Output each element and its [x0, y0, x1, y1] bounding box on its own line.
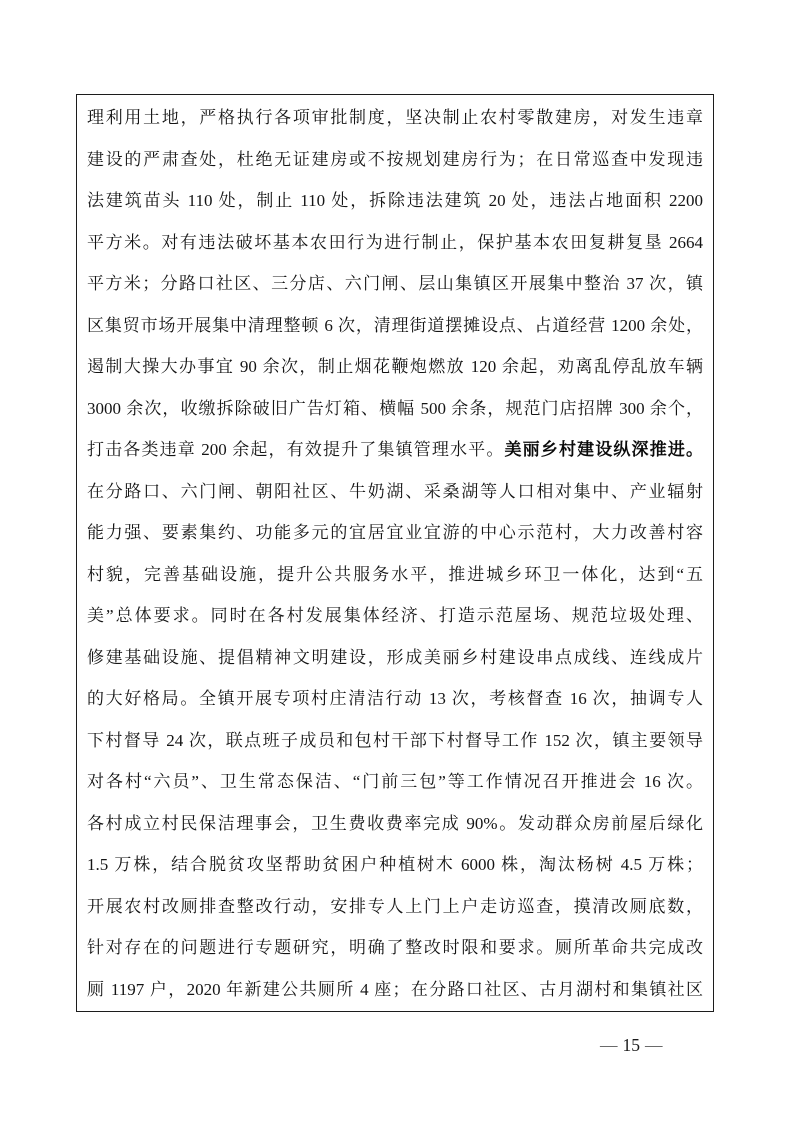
text-line: 开展农村改厕排查整改行动，安排专人上门上户走访巡查，摸清改厕底数， [87, 886, 703, 928]
text-frame: 理利用土地，严格执行各项审批制度，坚决制止农村零散建房，对发生违章建设的严肃查处… [76, 94, 714, 1012]
text-segment: 村貌，完善基础设施，提升公共服务水平，推进城乡环卫一体化，达到“五 [87, 565, 703, 584]
text-segment: 下村督导 24 次，联点班子成员和包村干部下村督导工作 152 次，镇主要领导 [87, 731, 703, 750]
text-segment: 各村成立村民保洁理事会，卫生费收费率完成 90%。发动群众房前屋后绿化 [87, 814, 703, 833]
text-segment: 遏制大操大办事宜 90 余次，制止烟花鞭炮燃放 120 余起，劝离乱停乱放车辆 [87, 357, 703, 376]
text-line: 厕 1197 户，2020 年新建公共厕所 4 座；在分路口社区、古月湖村和集镇… [87, 969, 703, 1011]
text-line: 遏制大操大办事宜 90 余次，制止烟花鞭炮燃放 120 余起，劝离乱停乱放车辆 [87, 346, 703, 388]
text-line: 在分路口、六门闸、朝阳社区、牛奶湖、采桑湖等人口相对集中、产业辐射 [87, 471, 703, 513]
text-segment: 理利用土地，严格执行各项审批制度，坚决制止农村零散建房，对发生违章 [87, 108, 703, 127]
text-line: 对各村“六员”、卫生常态保洁、“门前三包”等工作情况召开推进会 16 次。 [87, 761, 703, 803]
text-segment: 美”总体要求。同时在各村发展集体经济、打造示范屋场、规范垃圾处理、 [87, 606, 703, 625]
text-line: 能力强、要素集约、功能多元的宜居宜业宜游的中心示范村，大力改善村容 [87, 512, 703, 554]
page-number: 15 [623, 1035, 641, 1055]
text-segment: 平方米；分路口社区、三分店、六门闸、层山集镇区开展集中整治 37 次，镇 [87, 274, 703, 293]
text-line: 区集贸市场开展集中清理整顿 6 次，清理街道摆摊设点、占道经营 1200 余处， [87, 305, 703, 347]
text-line: 修建基础设施、提倡精神文明建设，形成美丽乡村建设串点成线、连线成片 [87, 637, 703, 679]
text-segment: 法建筑苗头 110 处，制止 110 处，拆除违法建筑 20 处，违法占地面积 … [87, 191, 703, 210]
text-line: 1.5 万株，结合脱贫攻坚帮助贫困户种植树木 6000 株，淘汰杨树 4.5 万… [87, 844, 703, 886]
text-line: 下村督导 24 次，联点班子成员和包村干部下村督导工作 152 次，镇主要领导 [87, 720, 703, 762]
text-segment: 3000 余次，收缴拆除破旧广告灯箱、横幅 500 余条，规范门店招牌 300 … [87, 399, 703, 418]
footer-dash-right: — [645, 1035, 663, 1055]
text-line: 打击各类违章 200 余起，有效提升了集镇管理水平。美丽乡村建设纵深推进。 [87, 429, 703, 471]
page-footer: —15— [598, 1034, 665, 1056]
text-line: 平方米。对有违法破坏基本农田行为进行制止，保护基本农田复耕复垦 2664 [87, 222, 703, 264]
text-segment: 1.5 万株，结合脱贫攻坚帮助贫困户种植树木 6000 株，淘汰杨树 4.5 万… [87, 855, 703, 874]
text-segment: 能力强、要素集约、功能多元的宜居宜业宜游的中心示范村，大力改善村容 [87, 523, 703, 542]
text-line: 各村成立村民保洁理事会，卫生费收费率完成 90%。发动群众房前屋后绿化 [87, 803, 703, 845]
text-segment: 打击各类违章 200 余起，有效提升了集镇管理水平。 [87, 440, 504, 459]
bold-inline-heading: 美丽乡村建设纵深推进。 [504, 440, 703, 459]
text-segment: 厕 1197 户，2020 年新建公共厕所 4 座；在分路口社区、古月湖村和集镇… [87, 980, 703, 999]
text-line: 针对存在的问题进行专题研究，明确了整改时限和要求。厕所革命共完成改 [87, 927, 703, 969]
text-segment: 开展农村改厕排查整改行动，安排专人上门上户走访巡查，摸清改厕底数， [87, 897, 703, 916]
text-segment: 区集贸市场开展集中清理整顿 6 次，清理街道摆摊设点、占道经营 1200 余处， [87, 316, 703, 335]
text-line: 建设的严肃查处，杜绝无证建房或不按规划建房行为；在日常巡查中发现违 [87, 139, 703, 181]
text-line: 平方米；分路口社区、三分店、六门闸、层山集镇区开展集中整治 37 次，镇 [87, 263, 703, 305]
text-line: 3000 余次，收缴拆除破旧广告灯箱、横幅 500 余条，规范门店招牌 300 … [87, 388, 703, 430]
text-line: 的大好格局。全镇开展专项村庄清洁行动 13 次，考核督查 16 次，抽调专人 [87, 678, 703, 720]
text-segment: 对各村“六员”、卫生常态保洁、“门前三包”等工作情况召开推进会 16 次。 [87, 772, 703, 791]
text-segment: 针对存在的问题进行专题研究，明确了整改时限和要求。厕所革命共完成改 [87, 938, 703, 957]
text-segment: 平方米。对有违法破坏基本农田行为进行制止，保护基本农田复耕复垦 2664 [87, 233, 703, 252]
text-line: 理利用土地，严格执行各项审批制度，坚决制止农村零散建房，对发生违章 [87, 97, 703, 139]
document-page: 理利用土地，严格执行各项审批制度，坚决制止农村零散建房，对发生违章建设的严肃查处… [0, 0, 793, 1122]
text-line: 村貌，完善基础设施，提升公共服务水平，推进城乡环卫一体化，达到“五 [87, 554, 703, 596]
text-segment: 修建基础设施、提倡精神文明建设，形成美丽乡村建设串点成线、连线成片 [87, 648, 703, 667]
body-text: 理利用土地，严格执行各项审批制度，坚决制止农村零散建房，对发生违章建设的严肃查处… [87, 97, 703, 1010]
text-segment: 在分路口、六门闸、朝阳社区、牛奶湖、采桑湖等人口相对集中、产业辐射 [87, 482, 703, 501]
text-line: 美”总体要求。同时在各村发展集体经济、打造示范屋场、规范垃圾处理、 [87, 595, 703, 637]
text-segment: 建设的严肃查处，杜绝无证建房或不按规划建房行为；在日常巡查中发现违 [87, 150, 703, 169]
text-segment: 的大好格局。全镇开展专项村庄清洁行动 13 次，考核督查 16 次，抽调专人 [87, 689, 703, 708]
text-line: 法建筑苗头 110 处，制止 110 处，拆除违法建筑 20 处，违法占地面积 … [87, 180, 703, 222]
footer-dash-left: — [600, 1035, 618, 1055]
